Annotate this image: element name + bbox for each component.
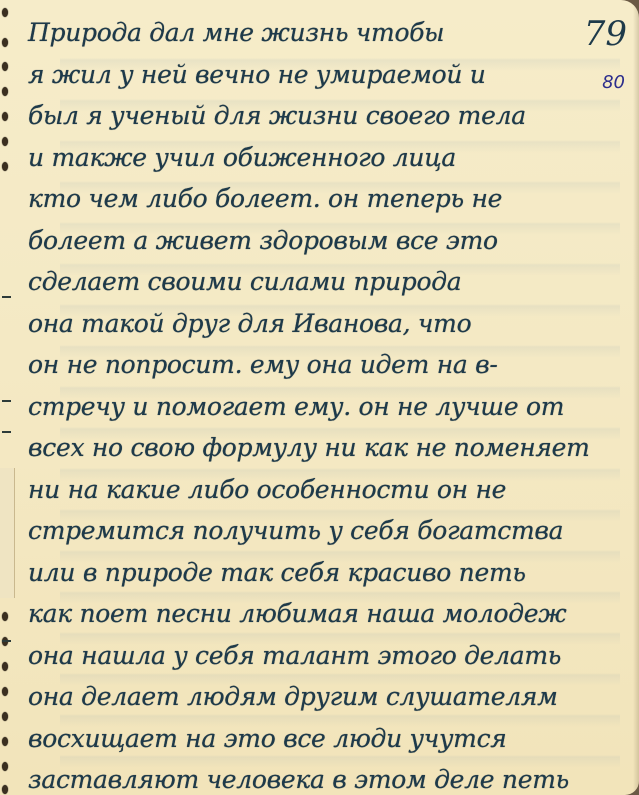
text-line: она делает людям другим слушателям — [28, 676, 588, 718]
margin-tick-mark — [2, 431, 11, 433]
text-line: сделает своими силами природа — [28, 261, 588, 303]
text-line: и также учил обиженного лица — [28, 137, 588, 179]
page-number-pencil: 80 — [602, 72, 625, 93]
binding-hole-icon — [2, 785, 8, 794]
handwritten-text-block: Природа дал мне жизнь чтобы я жил у ней … — [28, 12, 588, 795]
binding-hole-icon — [2, 162, 8, 171]
text-line: был я ученый для жизни своего тела — [28, 95, 588, 137]
text-line: стремится получить у себя богатства — [28, 510, 588, 552]
binding-hole-icon — [2, 612, 8, 621]
text-line: она такой друг для Иванова, что — [28, 303, 588, 345]
margin-tick-mark — [2, 296, 11, 298]
text-line: я жил у ней вечно не умираемой и — [28, 54, 588, 96]
binding-hole-icon — [2, 762, 8, 771]
binding-hole-icon — [2, 712, 8, 721]
binding-hole-icon — [2, 662, 8, 671]
text-line: всех но свою формулу ни как не поменяет — [28, 427, 588, 469]
text-line: он не попросит. ему она идет на в- — [28, 344, 588, 386]
text-line: Природа дал мне жизнь чтобы — [28, 12, 588, 54]
binding-hole-icon — [2, 38, 8, 47]
text-line: кто чем либо болеет. он теперь не — [28, 178, 588, 220]
spiral-binding-holes — [2, 0, 12, 795]
binding-hole-icon — [2, 137, 8, 146]
text-line: как поет песни любимая наша молодеж — [28, 593, 588, 635]
binding-hole-icon — [2, 687, 8, 696]
margin-tick-mark — [2, 400, 11, 402]
page-number-ink: 79 — [584, 14, 627, 54]
margin-tick-mark — [2, 640, 11, 642]
binding-hole-icon — [2, 112, 8, 121]
text-line: или в природе так себя красиво петь — [28, 552, 588, 594]
binding-hole-icon — [2, 62, 8, 71]
binding-hole-icon — [2, 737, 8, 746]
binding-hole-icon — [2, 8, 8, 17]
text-line: ни на какие либо особенности он не — [28, 469, 588, 511]
text-line: болеет а живет здоровым все это — [28, 220, 588, 262]
binding-hole-icon — [2, 87, 8, 96]
notebook-page: 79 80 Природа дал мне жизнь чтобы я жил … — [0, 0, 639, 795]
text-line: она нашла у себя талант этого делать — [28, 635, 588, 677]
text-line: стречу и помогает ему. он не лучше от — [28, 386, 588, 428]
text-line: восхищает на это все люди учутся — [28, 718, 588, 760]
text-line: заставляют человека в этом деле петь — [28, 759, 588, 795]
